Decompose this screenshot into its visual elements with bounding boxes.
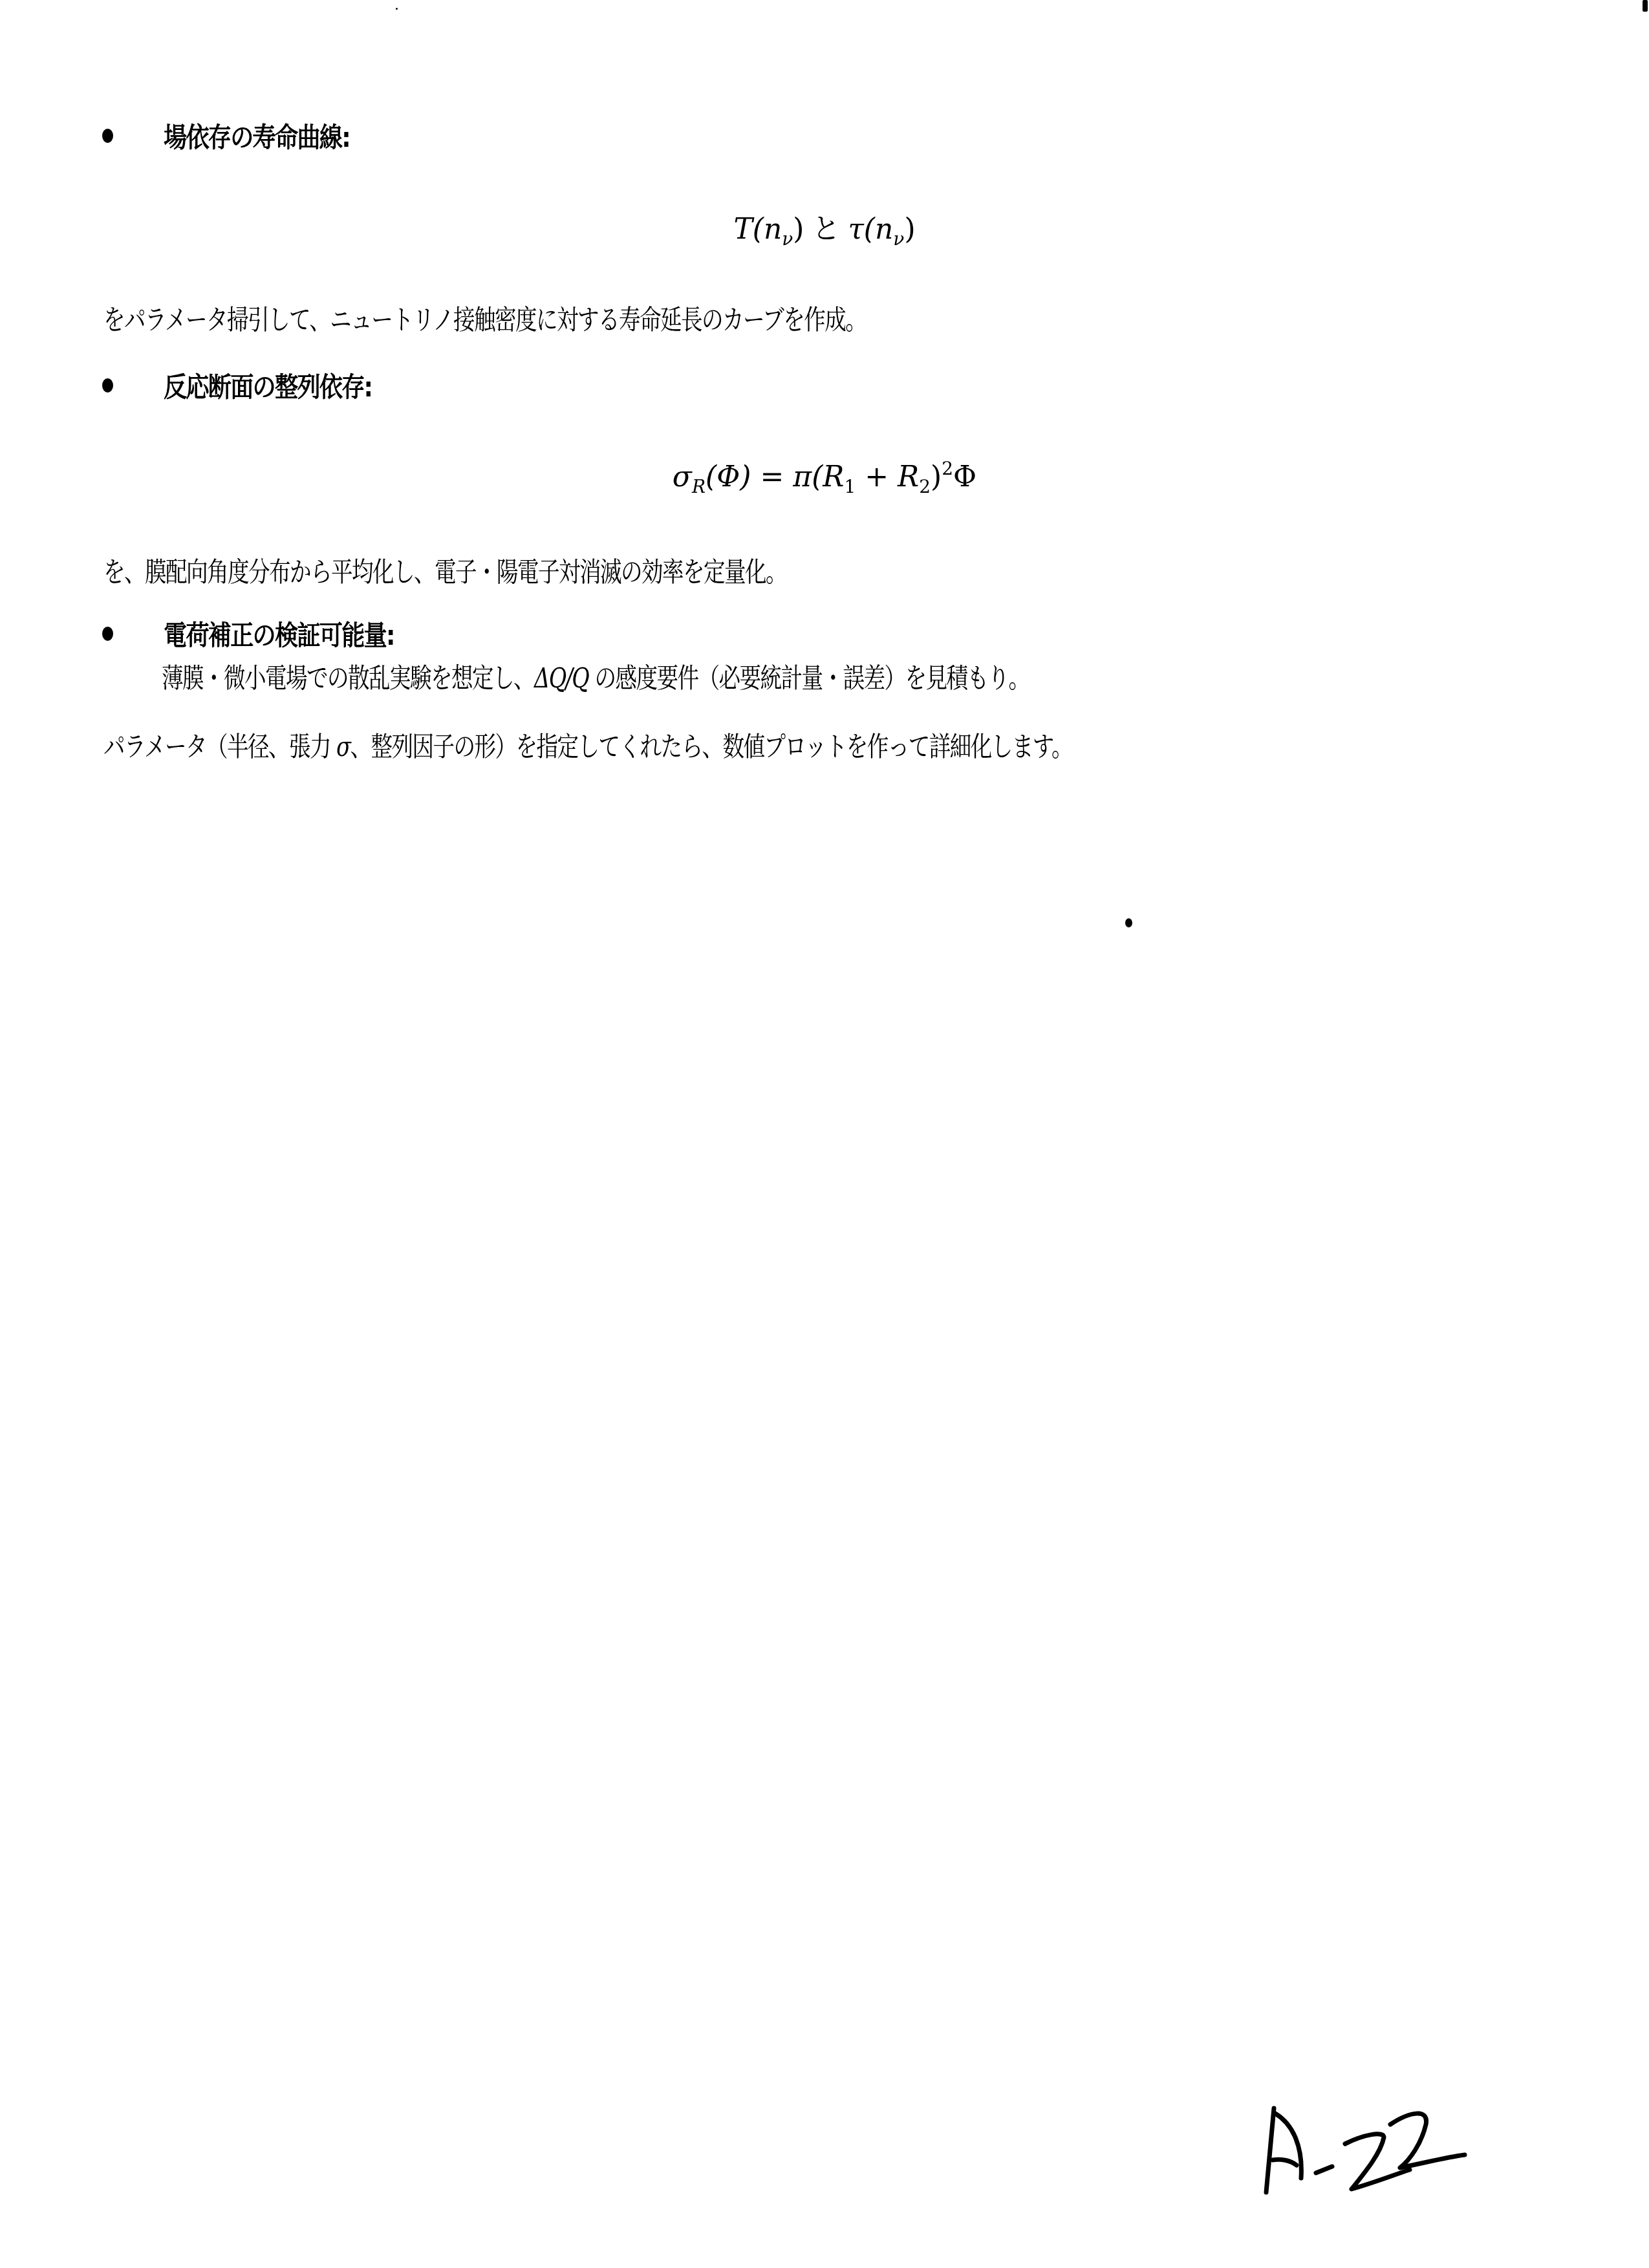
- formula-conjunction: と: [812, 213, 841, 246]
- bullet-item-cross-section: 反応断面の整列依存:: [102, 366, 406, 405]
- paragraph-text: の感度要件（必要統計量・誤差）を見積もり。: [588, 662, 1029, 694]
- bullet-icon: [102, 627, 113, 641]
- formula-term: (Φ) = π(R: [706, 460, 844, 493]
- bullet-icon: [102, 129, 113, 143]
- paragraph-charge-correction: 薄膜・微小電場での散乱実験を想定し、ΔQ/Q の感度要件（必要統計量・誤差）を見…: [162, 657, 1029, 696]
- formula-subscript: R: [692, 476, 706, 497]
- bullet-item-charge-correction: 電荷補正の検証可能量:: [102, 614, 432, 653]
- formula-subscript: 1: [844, 476, 856, 497]
- paragraph-cross-section: を、膜配向角度分布から平均化し、電子・陽電子対消滅の効率を定量化。: [103, 551, 786, 590]
- formula-term: + R: [856, 460, 919, 493]
- bullet-item-lifetime-curve: 場依存の寿命曲線:: [102, 116, 380, 155]
- inline-math: σ: [336, 731, 350, 762]
- paragraph-closing: パラメータ（半径、張力 σ、整列因子の形）を指定してくれたら、数値プロットを作っ…: [103, 726, 1072, 764]
- document-page: 場依存の寿命曲線: T(nν)とτ(nν) をパラメータ掃引して、ニュートリノ接…: [0, 0, 1649, 2268]
- formula-lifetime: T(nν)とτ(nν): [0, 206, 1649, 250]
- scan-speck: [1125, 918, 1132, 927]
- formula-subscript: ν: [782, 228, 793, 250]
- formula-term: τ(n: [848, 213, 894, 246]
- section-heading: 反応断面の整列依存:: [164, 366, 372, 405]
- formula-term: Φ: [953, 460, 976, 493]
- formula-term: T(n: [733, 213, 782, 246]
- formula-paren: ): [793, 213, 804, 246]
- inline-math: ΔQ/Q: [534, 662, 588, 694]
- paragraph-text: パラメータ（半径、張力: [103, 731, 336, 762]
- section-heading: 場依存の寿命曲線:: [164, 116, 350, 155]
- bullet-icon: [102, 378, 113, 393]
- paragraph-text: 、整列因子の形）を指定してくれたら、数値プロットを作って詳細化します。: [350, 731, 1072, 762]
- formula-term: σ: [673, 460, 692, 493]
- handwritten-page-label: A-22: [1255, 2095, 1474, 2199]
- formula-paren: ): [931, 460, 942, 493]
- formula-exponent: 2: [942, 458, 953, 479]
- paragraph-text: 薄膜・微小電場での散乱実験を想定し、: [162, 662, 534, 694]
- formula-cross-section: σR(Φ) = π(R1 + R2)2Φ: [0, 458, 1649, 497]
- formula-paren: ): [904, 213, 915, 246]
- scan-speck: [1643, 0, 1648, 12]
- section-heading: 電荷補正の検証可能量:: [164, 614, 394, 653]
- formula-subscript: ν: [893, 228, 904, 250]
- formula-subscript: 2: [919, 476, 931, 497]
- paragraph-lifetime: をパラメータ掃引して、ニュートリノ接触密度に対する寿命延長のカーブを作成。: [103, 299, 866, 338]
- scan-speck: [396, 8, 398, 10]
